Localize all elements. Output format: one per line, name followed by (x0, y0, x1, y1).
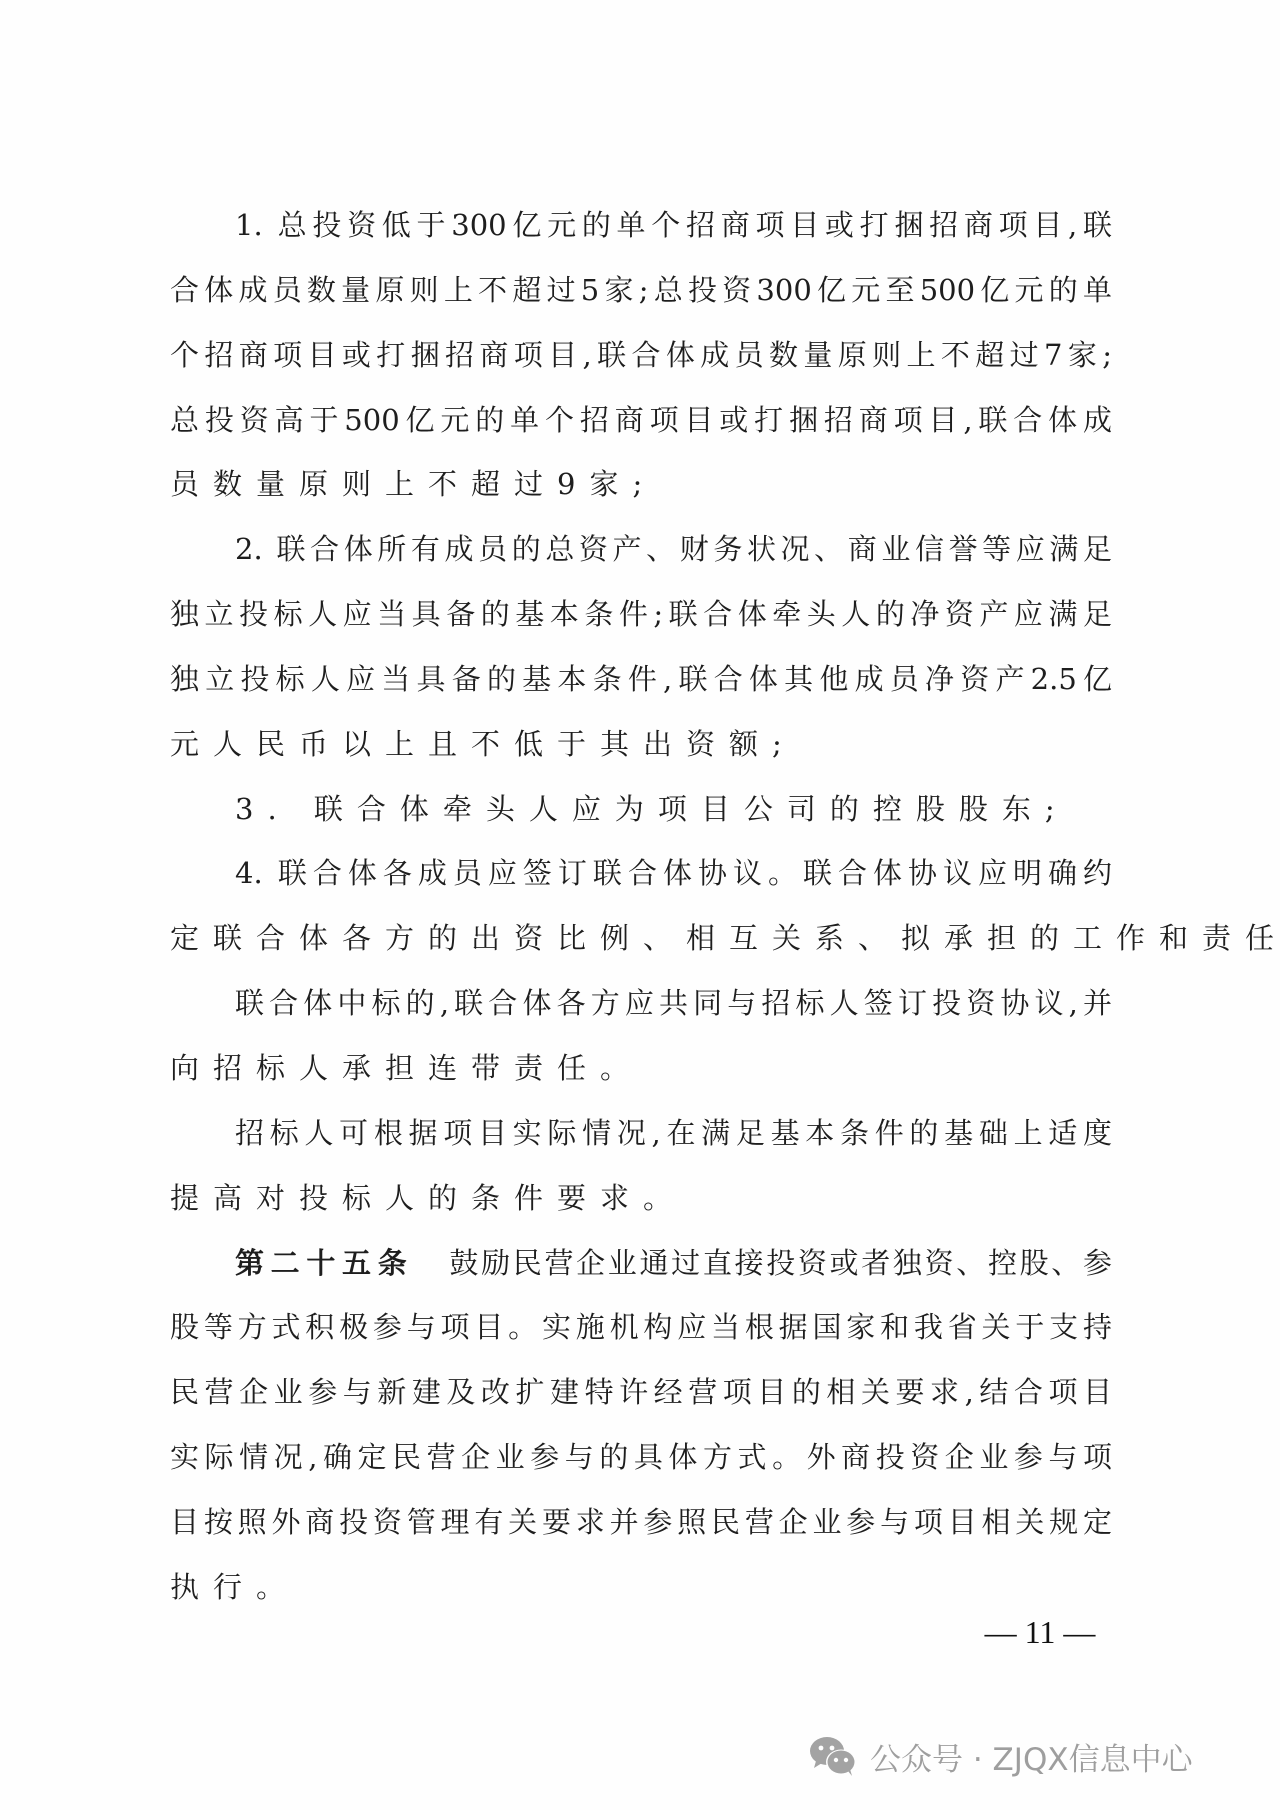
text-line: 个招商项目或打捆招商项目,联合体成员数量原则上不超过7家; (170, 323, 1112, 388)
text-line: 鼓励民营企业通过直接投资或者独资、控股、参 (449, 1246, 1112, 1280)
text-line: 独立投标人应当具备的基本条件;联合体牵头人的净资产应满足 (170, 582, 1112, 647)
watermark-text: 公众号 · ZJQX信息中心 (870, 1734, 1193, 1779)
text-line: 总投资高于500亿元的单个招商项目或打捆招商项目,联合体成 (170, 388, 1112, 453)
article-first-line: 第二十五条鼓励民营企业通过直接投资或者独资、控股、参 (170, 1231, 1112, 1296)
document-page: 1. 总投资低于300亿元的单个招商项目或打捆招商项目,联 合体成员数量原则上不… (0, 0, 1280, 1810)
text-line: 向招标人承担连带责任。 (170, 1036, 1112, 1101)
text-line: 提高对投标人的条件要求。 (170, 1166, 1112, 1231)
text-line: 招标人可根据项目实际情况,在满足基本条件的基础上适度 (170, 1101, 1112, 1166)
text-line: 员数量原则上不超过9家; (170, 452, 1112, 517)
text-line: 1. 总投资低于300亿元的单个招商项目或打捆招商项目,联 (170, 193, 1112, 258)
page-number: — 11 — (975, 1614, 1105, 1651)
text-line: 联合体中标的,联合体各方应共同与招标人签订投资协议,并 (170, 971, 1112, 1036)
article-heading: 第二十五条 (235, 1246, 413, 1280)
text-line: 独立投标人应当具备的基本条件,联合体其他成员净资产2.5亿 (170, 647, 1112, 712)
text-line: 3. 联合体牵头人应为项目公司的控股股东; (170, 777, 1112, 842)
text-line: 定联合体各方的出资比例、相互关系、拟承担的工作和责任。 (170, 906, 1112, 971)
text-line: 股等方式积极参与项目。实施机构应当根据国家和我省关于支持 (170, 1295, 1112, 1360)
wechat-icon (808, 1735, 858, 1777)
text-line: 元人民币以上且不低于其出资额; (170, 712, 1112, 777)
text-line: 执行。 (170, 1555, 1112, 1620)
text-line: 民营企业参与新建及改扩建特许经营项目的相关要求,结合项目 (170, 1360, 1112, 1425)
document-body: 1. 总投资低于300亿元的单个招商项目或打捆招商项目,联 合体成员数量原则上不… (170, 193, 1112, 1620)
text-line: 合体成员数量原则上不超过5家;总投资300亿元至500亿元的单 (170, 258, 1112, 323)
text-line: 实际情况,确定民营企业参与的具体方式。外商投资企业参与项 (170, 1425, 1112, 1490)
watermark: 公众号 · ZJQX信息中心 (808, 1733, 1193, 1779)
text-line: 目按照外商投资管理有关要求并参照民营企业参与项目相关规定 (170, 1490, 1112, 1555)
text-line: 4. 联合体各成员应签订联合体协议。联合体协议应明确约 (170, 841, 1112, 906)
text-line: 2. 联合体所有成员的总资产、财务状况、商业信誉等应满足 (170, 517, 1112, 582)
